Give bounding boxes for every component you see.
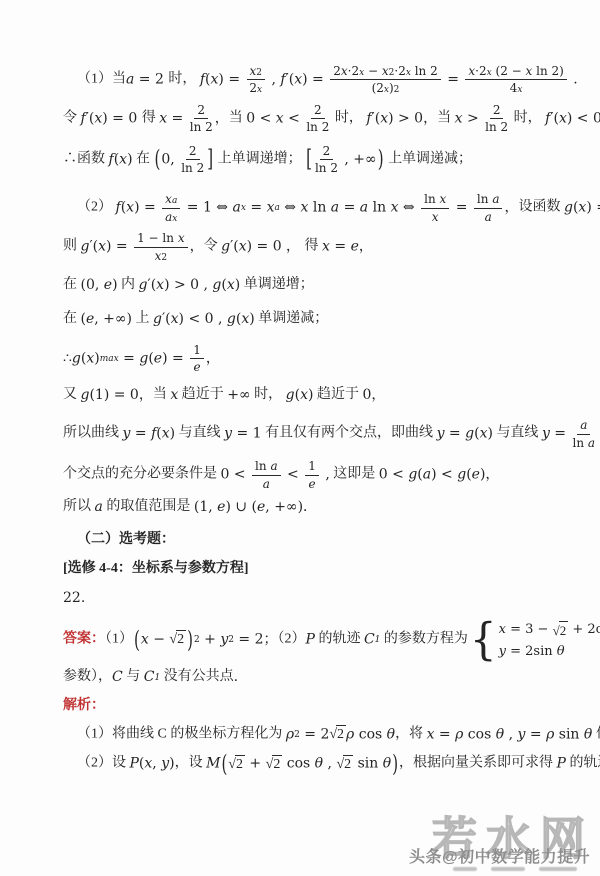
analysis-step-2: （2）设 P(x, y)，设 M(√2 + √2 cos θ , √2 sin … (63, 754, 580, 774)
watermark-overlay-text: 头条@初中数学能力提升 (409, 844, 590, 867)
solution-line-4: （2） f(x) = xaax = 1 ⇔ ax = xa ⇔ x ln a =… (63, 192, 580, 224)
solution-line-5: 则 g′(x) = 1 − ln xx2，令 g′(x) = 0 ， 得 x =… (63, 231, 580, 263)
solution-content: （1）当a = 2 时， f(x) = x22x , f′(x) = 2x·2x… (63, 64, 580, 775)
analysis-label: 解析： (63, 697, 580, 717)
solution-line-1: （1）当a = 2 时， f(x) = x22x , f′(x) = 2x·2x… (63, 64, 580, 96)
solution-line-8: ∴g(x)max = g(e) = 1e， (63, 343, 580, 375)
solution-line-2: 令 f′(x) = 0 得 x = 2ln 2，当 0 < x < 2ln 2 … (63, 103, 580, 135)
question-number-22: 22. (63, 589, 580, 609)
analysis-step-1: （1）将曲线 C 的极坐标方程化为 ρ2 = 2√2ρ cos θ，将 x = … (63, 725, 580, 745)
heading-optional-questions: （二）选考题： (63, 531, 580, 551)
solution-line-6: 在 (0, e) 内 g′(x) > 0 , g(x) 单调递增； (63, 276, 580, 296)
answer-line: 答案：（1）(x − √2)2 + y2 = 2；（2）P 的轨迹 C1 的参数… (63, 619, 580, 661)
heading-elective-4-4: [选修 4-4：坐标系与参数方程] (63, 560, 580, 580)
solution-line-7: 在 (e, +∞) 上 g′(x) < 0 , g(x) 单调递减； (63, 310, 580, 330)
answer-line-cont: 参数），C 与 C1 没有公共点. (63, 668, 580, 688)
solution-line-9: 又 g(1) = 0，当 x 趋近于 +∞ 时， g(x) 趋近于 0， (63, 386, 580, 406)
solution-line-12: 所以 a 的取值范围是 (1, e) ∪ (e, +∞)． (63, 498, 580, 518)
watermark: 若水网 头条@初中数学能力提升 (395, 798, 600, 876)
solution-line-3: ∴函数 f(x) 在 (0, 2ln 2] 上单调递增； [2ln 2 , +∞… (63, 144, 580, 176)
document-page: （1）当a = 2 时， f(x) = x22x , f′(x) = 2x·2x… (0, 0, 600, 876)
solution-line-10: 所以曲线 y = f(x) 与直线 y = 1 有且仅有两个交点，即曲线 y =… (63, 418, 580, 450)
watermark-smalltext-blur (453, 867, 583, 871)
solution-line-11: 个交点的充分必要条件是 0 < ln aa < 1e , 这即是 0 < g(a… (63, 459, 580, 491)
